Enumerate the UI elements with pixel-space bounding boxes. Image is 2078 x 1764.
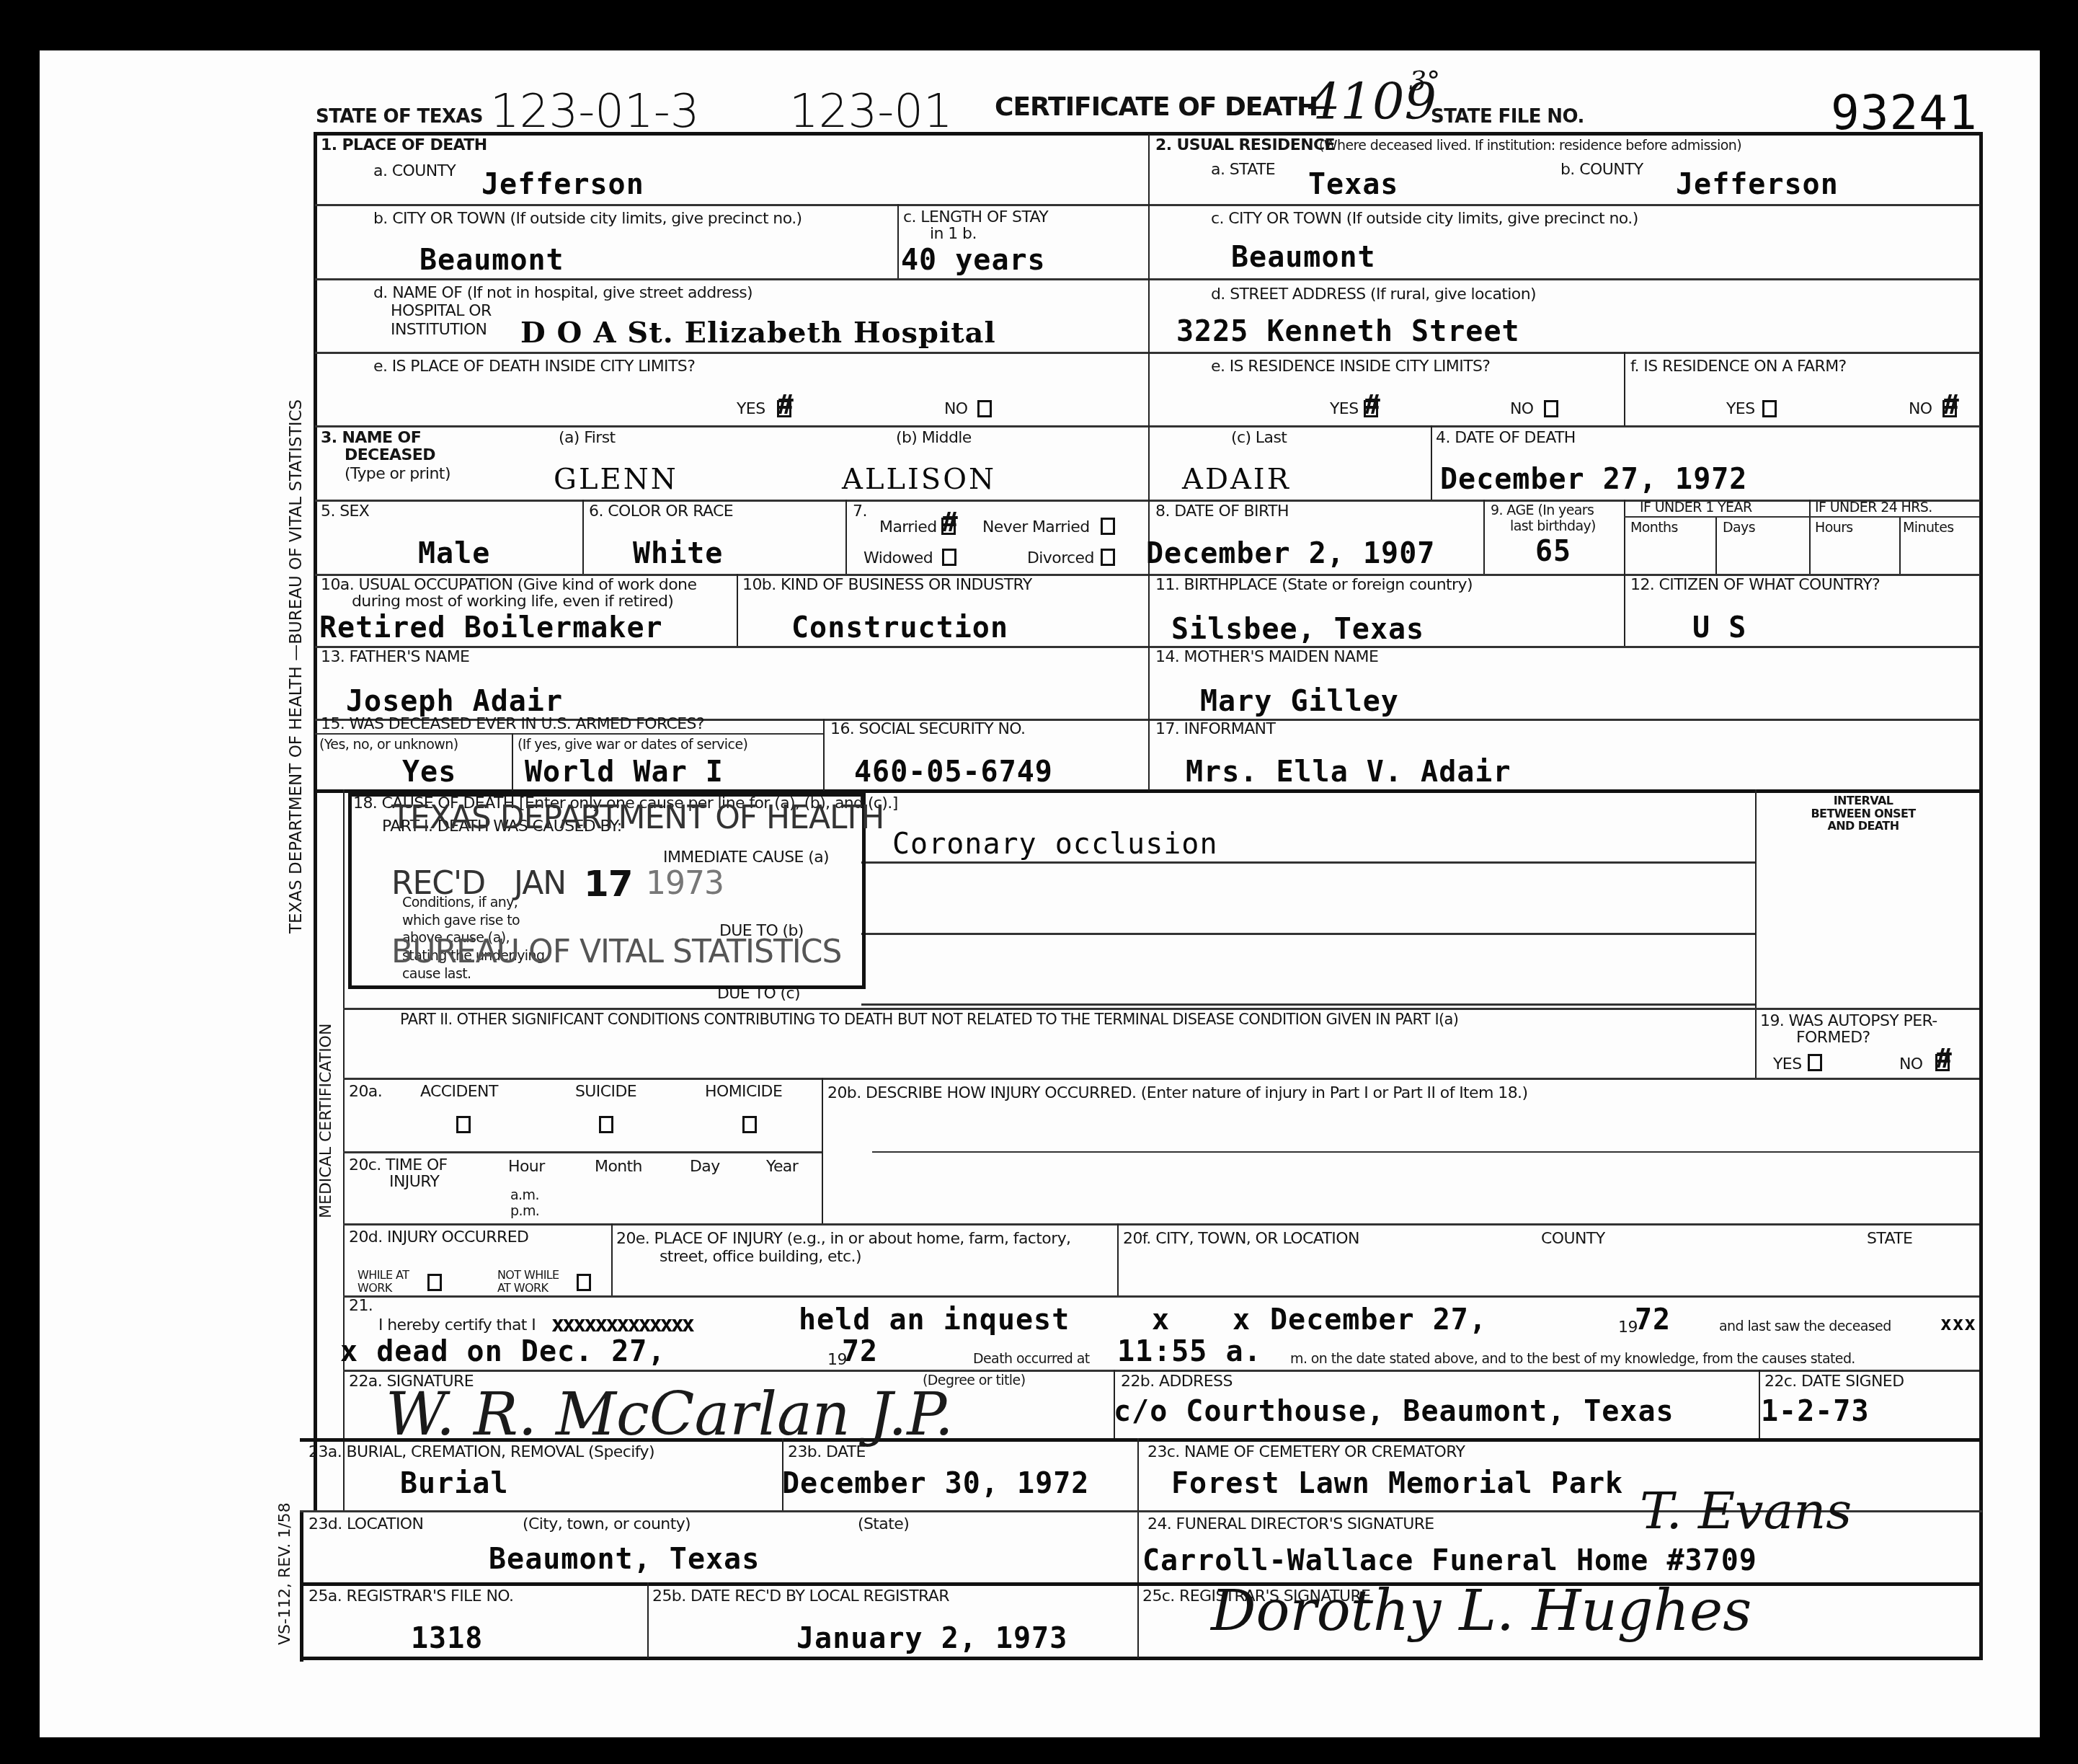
father-name-value: Joseph Adair [346,685,563,718]
while-at-work-checkbox[interactable] [427,1274,442,1291]
part-2-label: PART II. OTHER SIGNIFICANT CONDITIONS CO… [400,1011,1458,1028]
row-line [343,1370,1979,1372]
residence-street-label: d. STREET ADDRESS (If rural, give locati… [1211,286,1536,303]
residence-inside-yes-checkbox[interactable] [1364,400,1378,417]
suicide-label: SUICIDE [575,1083,636,1101]
residence-farm-yes-checkbox[interactable] [1762,400,1777,417]
date-of-birth-label: 8. DATE OF BIRTH [1155,503,1289,520]
birthplace-label: 11. BIRTHPLACE (State or foreign country… [1155,577,1473,594]
day-label: Day [690,1158,720,1176]
residence-label: 2. USUAL RESIDENCE [1155,137,1335,154]
funeral-director-label: 24. FUNERAL DIRECTOR'S SIGNATURE [1147,1516,1434,1533]
deceased-name-label: 3. NAME OF [321,430,421,447]
length-of-stay-value: 40 years [901,244,1046,277]
residence-state-label: a. STATE [1211,161,1275,179]
certify-struck-text-2: xxx [1940,1313,1976,1335]
minutes-label: Minutes [1903,520,1954,536]
certificate-title: CERTIFICATE OF DEATH [995,92,1318,122]
stamp-day: 17 [584,863,633,905]
stamp-month: JAN [514,865,566,902]
injury-county-label: COUNTY [1541,1231,1605,1248]
row-line [872,1151,1979,1153]
divider [582,500,584,574]
place-of-death-label: 1. PLACE OF DEATH [321,137,487,154]
column-divider [1148,134,1150,790]
ssn-label: 16. SOCIAL SECURITY NO. [830,721,1025,738]
place-of-injury-label-2: street, office building, etc.) [660,1249,861,1266]
autopsy-yes-label: YES [1773,1056,1802,1073]
autopsy-no-label: NO [1899,1056,1923,1073]
registrar-date-label: 25b. DATE REC'D BY LOCAL REGISTRAR [652,1588,949,1605]
industry-label: 10b. KIND OF BUSINESS OR INDUSTRY [742,577,1032,594]
months-label: Months [1630,520,1678,536]
armed-forces-value: Yes [402,755,456,789]
row-line [315,278,1980,280]
citizen-value: U S [1692,611,1746,644]
certify-prefix: I hereby certify that I [378,1317,536,1334]
row-line [343,1223,1979,1226]
describe-injury-label: 20b. DESCRIBE HOW INJURY OCCURRED. (Ente… [827,1085,1527,1102]
stamp-received-label: REC'D [391,865,485,902]
death-inside-yes-checkbox[interactable] [777,400,791,417]
divider [1483,500,1485,574]
occupation-label-2: during most of working life, even if ret… [352,593,673,611]
divider [822,1078,823,1223]
row-line [315,204,1980,206]
year-label: Year [766,1158,798,1176]
row-line [343,1078,1979,1080]
row-line-armed [315,733,823,735]
divider [1624,500,1625,574]
age-label: 9. AGE (In years [1491,503,1594,518]
row-line [315,425,1980,427]
autopsy-yes-checkbox[interactable] [1808,1054,1822,1071]
row-line [315,352,1980,354]
cemetery-label: 23c. NAME OF CEMETERY OR CREMATORY [1147,1444,1465,1461]
registrar-signature: Dorothy L. Hughes [1211,1579,1751,1644]
age-value: 65 [1535,535,1571,568]
first-name-label: (a) First [559,430,616,447]
middle-name-label: (b) Middle [896,430,972,447]
race-label: 6. COLOR OR RACE [589,503,733,520]
divider [737,574,738,646]
divider [1624,352,1625,426]
inquest-date: December 27, [1270,1303,1487,1337]
handwritten-code-1: 123-01-3 [490,85,700,138]
frame-right-border [1979,132,1983,1660]
armed-forces-war-value: World War I [525,755,724,789]
divider [823,719,825,791]
place-of-injury-label: 20e. PLACE OF INJURY (e.g., in or about … [616,1231,1070,1248]
days-label: Days [1723,520,1755,536]
medical-certification-label: MEDICAL CERTIFICATION [317,1024,335,1218]
date-signed-label: 22c. DATE SIGNED [1764,1373,1904,1391]
armed-forces-war-label: (If yes, give war or dates of service) [518,737,747,753]
residence-city-label: c. CITY OR TOWN (If outside city limits,… [1211,210,1638,228]
residence-inside-no-checkbox[interactable] [1544,400,1558,417]
death-county-label: a. COUNTY [373,163,456,180]
injury-occurred-label: 20d. INJURY OCCURRED [349,1229,528,1246]
death-county-value: Jefferson [481,168,644,201]
mother-name-label: 14. MOTHER'S MAIDEN NAME [1155,649,1378,666]
death-city-value: Beaumont [419,244,564,277]
occupation-label: 10a. USUAL OCCUPATION (Give kind of work… [321,577,696,594]
department-margin-label: TEXAS DEPARTMENT OF HEALTH —BUREAU OF VI… [287,399,306,934]
cemetery-value: Forest Lawn Memorial Park [1171,1467,1623,1500]
am-label: a.m. [510,1188,539,1203]
address-label: 22b. ADDRESS [1121,1373,1233,1391]
citizen-label: 12. CITIZEN OF WHAT COUNTRY? [1630,577,1880,594]
informant-value: Mrs. Ella V. Adair [1186,755,1511,789]
stamp-bureau: BUREAU OF VITAL STATISTICS [391,934,841,970]
death-time: 11:55 a. [1117,1335,1262,1368]
residence-inside-yes-label: YES [1330,401,1359,418]
interval-divider [1755,789,1757,1078]
cause-line-a [861,861,1755,864]
burial-label: 23a. BURIAL, CREMATION, REMOVAL (Specify… [308,1444,654,1461]
divider [897,204,899,278]
typed-x-1: x [1152,1303,1170,1337]
injury-city-label: 20f. CITY, TOWN, OR LOCATION [1123,1231,1359,1248]
married-checkbox[interactable] [941,518,956,535]
handwritten-code-2: 123-01 [789,85,953,138]
divorced-label: Divorced [1027,550,1094,567]
widowed-label: Widowed [863,550,933,567]
divider [1624,574,1625,646]
length-of-stay-sub-label: in 1 b. [930,226,977,243]
hour-label: Hour [508,1158,545,1176]
row-line [343,1151,822,1153]
residence-farm-yes-label: YES [1726,401,1755,418]
divider [1809,500,1811,574]
divorced-checkbox[interactable] [1101,549,1115,566]
residence-inside-no-label: NO [1510,401,1534,418]
typed-x-2: x [1233,1303,1251,1337]
divider [1431,425,1432,500]
residence-farm-no-label: NO [1909,401,1932,418]
pm-label: p.m. [510,1204,539,1219]
last-name-value: ADAIR [1182,463,1291,496]
homicide-label: HOMICIDE [705,1083,782,1101]
hospital-label-3: INSTITUTION [391,322,487,339]
divider [1759,1370,1760,1440]
location-label: 23d. LOCATION [308,1516,423,1533]
certifier-signature: W. R. McCarlan J.P. [386,1380,954,1449]
certification-item-label: 21. [349,1298,373,1315]
residence-county-label: b. COUNTY [1560,161,1643,179]
date-of-death-label: 4. DATE OF DEATH [1436,430,1576,447]
homicide-checkbox[interactable] [742,1116,757,1133]
manner-label: 20a. [349,1083,382,1101]
age-label-2: last birthday) [1510,519,1596,534]
mother-name-value: Mary Gilley [1200,685,1399,718]
father-name-label: 13. FATHER'S NAME [321,649,469,666]
residence-state-value: Texas [1308,168,1398,201]
industry-value: Construction [791,611,1008,644]
hours-label: Hours [1815,520,1853,536]
medical-inner-border [343,789,345,1510]
date-of-death-value: December 27, 1972 [1440,463,1747,496]
never-married-label: Never Married [982,519,1090,536]
received-stamp: TEXAS DEPARTMENT OF HEALTH REC'D JAN 17 … [348,793,866,989]
immediate-cause-value: Coronary occlusion [892,828,1217,861]
burial-value: Burial [400,1467,509,1500]
cause-line-c [861,1003,1755,1006]
first-name-value: GLENN [554,463,678,496]
state-of-texas-label: STATE OF TEXAS [316,107,483,128]
autopsy-no-checkbox[interactable] [1935,1054,1950,1071]
injury-state-label: STATE [1867,1231,1912,1248]
last-name-label: (c) Last [1231,430,1287,447]
divider [647,1582,649,1658]
divider [1137,1438,1139,1658]
not-while-at-work-label: NOT WHILE AT WORK [497,1269,569,1294]
frame-bottom-line [300,1657,1982,1660]
death-occurred-label: Death occurred at [973,1352,1090,1367]
divider [1715,518,1717,574]
held-inquest-text: held an inquest [799,1303,1070,1337]
under-1-year-label: IF UNDER 1 YEAR [1640,500,1752,515]
armed-forces-yes-no-label: (Yes, no, or unknown) [319,737,458,753]
under-24-hrs-label: IF UNDER 24 HRS. [1815,500,1932,515]
death-inside-no-label: NO [944,401,968,418]
month-label: Month [595,1158,642,1176]
residence-inside-limits-label: e. IS RESIDENCE INSIDE CITY LIMITS? [1211,358,1490,376]
inquest-year: 72 [1635,1303,1671,1337]
residence-farm-no-checkbox[interactable] [1942,400,1957,417]
sex-label: 5. SEX [321,503,369,520]
registrar-file-label: 25a. REGISTRAR'S FILE NO. [308,1588,514,1605]
location-value: Beaumont, Texas [489,1543,760,1576]
marital-status-label: 7. [853,503,867,520]
date-of-birth-value: December 2, 1907 [1146,537,1435,570]
length-of-stay-label: c. LENGTH OF STAY [903,209,1048,226]
death-inside-no-checkbox[interactable] [977,400,992,417]
deceased-name-label-3: (Type or print) [345,466,450,483]
certify-struck-text: xxxxxxxxxxxxx [551,1312,693,1337]
widowed-checkbox[interactable] [942,549,956,566]
dead-year: 72 [842,1335,878,1368]
sex-value: Male [418,537,490,570]
funeral-director-signature: T. Evans [1640,1481,1852,1541]
deceased-name-label-2: DECEASED [345,447,435,464]
occupation-value: Retired Boilermaker [319,611,663,644]
accident-label: ACCIDENT [420,1083,498,1101]
interval-label: INTERVAL BETWEEN ONSET AND DEATH [1809,794,1917,833]
frame-left-border-upper [314,132,317,1512]
autopsy-label-2: FORMED? [1796,1029,1870,1047]
informant-label: 17. INFORMANT [1155,721,1275,738]
hospital-label-2: HOSPITAL OR [391,303,492,320]
death-inside-yes-label: YES [737,401,765,418]
death-inside-limits-label: e. IS PLACE OF DEATH INSIDE CITY LIMITS? [373,358,695,376]
funeral-home-value: Carroll-Wallace Funeral Home #3709 [1142,1544,1757,1577]
residence-county-value: Jefferson [1676,168,1839,201]
never-married-checkbox[interactable] [1101,518,1115,535]
hospital-value: D O A St. Elizabeth Hospital [520,316,996,350]
row-line [315,646,1980,648]
state-file-no-label: STATE FILE NO. [1431,107,1584,128]
last-saw-label: and last saw the deceased [1719,1319,1891,1334]
certify-suffix: m. on the date stated above, and to the … [1290,1352,1855,1367]
time-of-injury-label: 20c. TIME OF [349,1157,448,1174]
divider [611,1223,613,1295]
burial-date-value: December 30, 1972 [782,1467,1089,1500]
divider [512,733,513,791]
residence-note: (Where deceased lived. If institution: r… [1319,138,1741,154]
suicide-checkbox[interactable] [599,1116,613,1133]
registrar-file-value: 1318 [411,1622,483,1655]
address-value: c/o Courthouse, Beaumont, Texas [1114,1395,1674,1428]
residence-city-value: Beaumont [1231,241,1376,274]
location-state-label: (State) [858,1516,909,1533]
location-city-label: (City, town, or county) [523,1516,691,1533]
date-signed-value: 1-2-73 [1761,1395,1870,1428]
time-of-injury-label-2: INJURY [389,1174,439,1191]
race-value: White [633,537,723,570]
dead-on-date: x dead on Dec. 27, [340,1335,665,1368]
stamp-department: TEXAS DEPARTMENT OF HEALTH [391,799,884,836]
divider [845,500,847,574]
divider [1117,1223,1119,1295]
ssn-value: 460-05-6749 [854,755,1053,789]
not-while-at-work-checkbox[interactable] [577,1274,591,1291]
birthplace-value: Silsbee, Texas [1171,613,1424,646]
hospital-label: d. NAME OF (If not in hospital, give str… [373,285,752,302]
armed-forces-label: 15. WAS DECEASED EVER IN U.S. ARMED FORC… [321,716,704,733]
row-line [343,1295,1979,1298]
frame-left-border-lower [300,1510,303,1662]
cause-line-b [861,933,1755,935]
handwritten-superscript: 3° [1409,65,1440,97]
row-line [343,1008,1979,1010]
autopsy-label: 19. WAS AUTOPSY PER- [1760,1013,1937,1030]
burial-date-label: 23b. DATE [788,1444,866,1461]
under-divider [1624,516,1979,518]
registrar-date-value: January 2, 1973 [796,1622,1067,1655]
divider [1899,518,1901,574]
residence-farm-label: f. IS RESIDENCE ON A FARM? [1630,358,1847,376]
married-label: Married [879,519,937,536]
while-at-work-label: WHILE AT WORK [358,1269,415,1294]
accident-checkbox[interactable] [456,1116,471,1133]
form-code-label: VS-112, REV. 1/58 [276,1502,294,1645]
stamp-year: 1973 [646,865,724,902]
middle-name-value: ALLISON [842,463,996,496]
residence-street-value: 3225 Kenneth Street [1176,315,1520,348]
death-city-label: b. CITY OR TOWN (If outside city limits,… [373,210,802,228]
